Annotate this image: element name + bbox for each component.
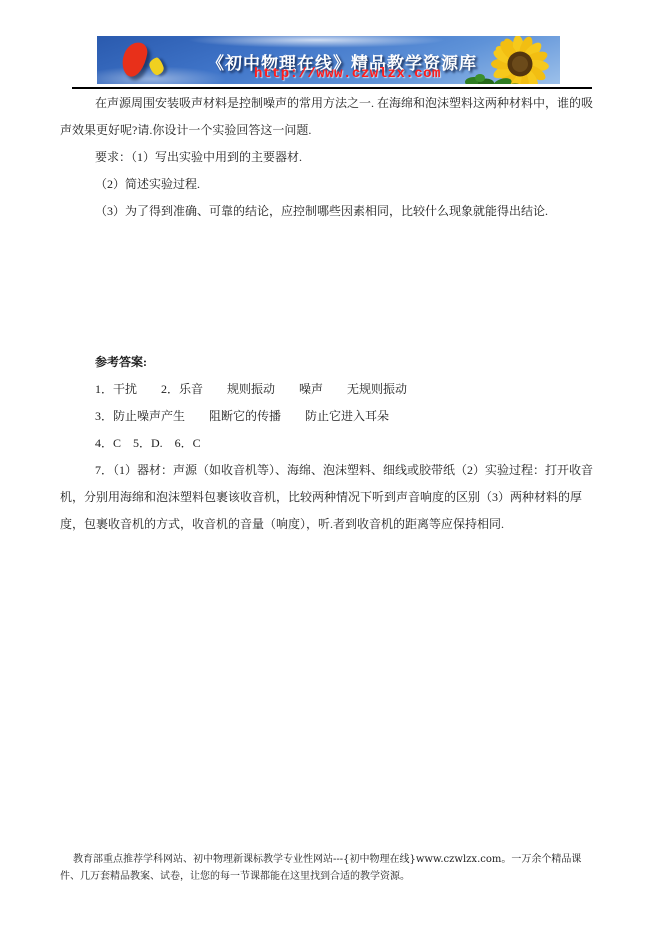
footer-text: 教育部重点推荐学科网站、初中物理新课标教学专业性网站---{初中物理在线}www… bbox=[60, 851, 600, 885]
answer-line-4: 7．（1）器材：声源（如收音机等）、海绵、泡沫塑料、细线或胶带纸（2）实验过程：… bbox=[60, 457, 602, 538]
question-intro: 在声源周围安装吸声材料是控制噪声的常用方法之一. 在海绵和泡沫塑料这两种材料中，… bbox=[60, 90, 602, 144]
question-requirement-2: （2）简述实验过程. bbox=[60, 171, 602, 198]
header-rule bbox=[72, 87, 592, 89]
site-banner: 《初中物理在线》精品教学资源库 http://www.czwlzx.com bbox=[97, 36, 560, 84]
answer-line-3: 4．C 5．D. 6．C bbox=[60, 430, 602, 457]
document-body: 在声源周围安装吸声材料是控制噪声的常用方法之一. 在海绵和泡沫塑料这两种材料中，… bbox=[60, 90, 602, 538]
document-page: 《初中物理在线》精品教学资源库 http://www.czwlzx.com bbox=[0, 0, 661, 936]
answer-line-2: 3．防止噪声产生 阻断它的传播 防止它进入耳朵 bbox=[60, 403, 602, 430]
cloud-decoration bbox=[187, 36, 447, 48]
sunflower-icon bbox=[472, 36, 560, 84]
answer-line-1: 1．干扰 2．乐音 规则振动 噪声 无规则振动 bbox=[60, 376, 602, 403]
question-requirement-3: （3）为了得到准确、可靠的结论，应控制哪些因素相同，比较什么现象就能得出结论. bbox=[60, 198, 602, 225]
banner-site-url[interactable]: http://www.czwlzx.com bbox=[254, 66, 441, 82]
page-footer: 教育部重点推荐学科网站、初中物理新课标教学专业性网站---{初中物理在线}www… bbox=[60, 851, 600, 885]
answers-heading: 参考答案: bbox=[60, 349, 602, 376]
question-requirement-1: 要求：（1）写出实验中用到的主要器材. bbox=[60, 144, 602, 171]
